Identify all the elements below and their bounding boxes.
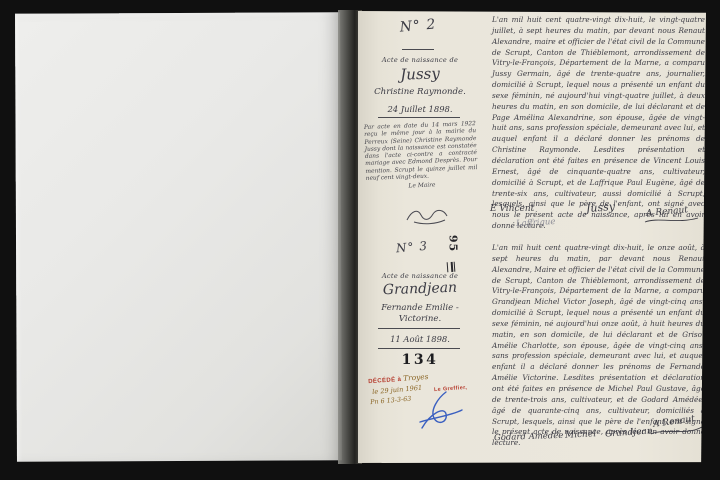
act1-date: 24 Juillet 1898. xyxy=(370,104,470,114)
act2-number: N° 3 xyxy=(382,237,443,256)
act2-registry-number: 134 xyxy=(372,352,468,368)
left-page-blank xyxy=(15,12,342,461)
right-page: N° 2 Acte de naissance de Jussy Christin… xyxy=(358,11,706,463)
act1-signature-jussy: Jussy xyxy=(586,200,616,215)
act2-given-names-line1: Fernande Emilie - xyxy=(366,303,474,313)
act2-given-names-line2: Victorine. xyxy=(366,314,474,324)
act2-folio-stamp: 95 xyxy=(447,229,460,259)
act1-surname: Jussy xyxy=(366,63,475,85)
margin-rule xyxy=(402,49,434,50)
death-place: Troyes xyxy=(403,372,429,383)
death-stamp-block: DÉCÉDÉ à Troyes le 29 juin 1961 Pn 6 13-… xyxy=(368,372,488,401)
act1-signature-laffrique: Laffrique xyxy=(516,217,556,229)
act2-date: 11 Août 1898. xyxy=(370,334,470,344)
marginal-note-signoff: Le Maire xyxy=(366,181,478,192)
act2-signature-michel: Michel xyxy=(565,429,597,441)
death-stamp-label: DÉCÉDÉ à xyxy=(368,377,402,385)
clerk-blue-paraph xyxy=(416,388,464,434)
act1-marriage-marginal-note: Par acte en date du 14 mars 1922 reçu le… xyxy=(364,121,478,193)
margin-rule xyxy=(378,348,460,349)
act1-signature-vincent: E Vincent xyxy=(490,204,534,214)
small-lines-stamp xyxy=(447,262,456,273)
mayor-signature-swash xyxy=(644,215,700,225)
marginal-note-text: Par acte en date du 14 mars 1922 reçu le… xyxy=(364,121,478,182)
act1-number: N° 2 xyxy=(375,14,460,37)
mayor-signature-swash xyxy=(650,425,704,437)
mayor-signature-flourish xyxy=(404,206,450,226)
act2-surname: Grandjean xyxy=(366,279,474,299)
scanned-register-spread: N° 2 Acte de naissance de Jussy Christin… xyxy=(0,0,720,480)
margin-rule xyxy=(378,117,460,118)
act1-body-text: L'an mil huit cent quatre-vingt dix-huit… xyxy=(492,15,705,232)
act1-given-names: Christine Raymonde. xyxy=(366,87,474,97)
margin-rule xyxy=(378,328,460,329)
